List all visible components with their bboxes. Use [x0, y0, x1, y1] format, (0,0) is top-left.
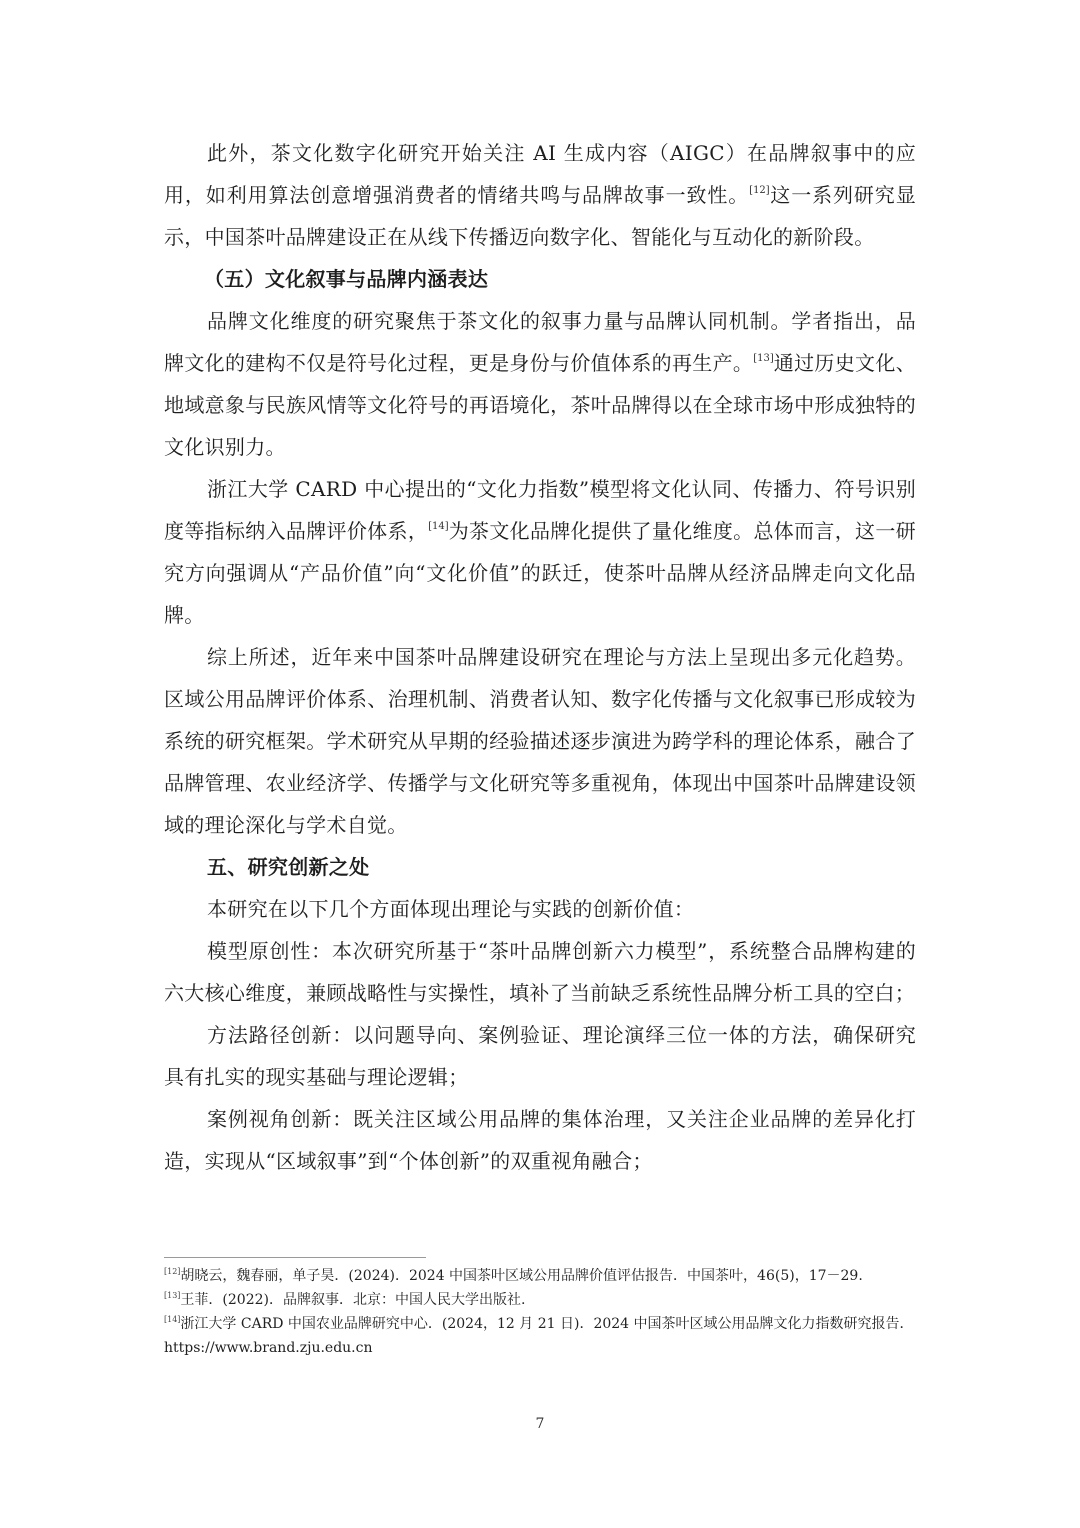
- paragraph-card-index: 浙江大学 CARD 中心提出的“文化力指数”模型将文化认同、传播力、符号识别度等…: [164, 468, 916, 636]
- subheading-cultural-narrative: （五）文化叙事与品牌内涵表达: [164, 258, 916, 300]
- footnote-14: [14]浙江大学 CARD 中国农业品牌研究中心．(2024，12 月 21 日…: [164, 1312, 916, 1360]
- paragraph-text: 案例视角创新：既关注区域公用品牌的集体治理，又关注企业品牌的差异化打造，实现从“…: [164, 1107, 916, 1173]
- page-number: 7: [0, 1416, 1080, 1432]
- heading-research-innovation: 五、研究创新之处: [164, 846, 916, 888]
- footnote-text: 王菲．(2022)．品牌叙事．北京：中国人民大学出版社.: [180, 1292, 525, 1308]
- paragraph-text: 方法路径创新：以问题导向、案例验证、理论演绎三位一体的方法，确保研究具有扎实的现…: [164, 1023, 916, 1089]
- footnote-marker: [13]: [164, 1291, 180, 1300]
- citation-14[interactable]: [14]: [428, 521, 449, 532]
- paragraph-case-perspective: 案例视角创新：既关注区域公用品牌的集体治理，又关注企业品牌的差异化打造，实现从“…: [164, 1098, 916, 1182]
- document-page: 此外，茶文化数字化研究开始关注 AI 生成内容（AIGC）在品牌叙事中的应用，如…: [0, 0, 1080, 1528]
- footnotes: [12]胡晓云，魏春丽，单子昊．(2024)．2024 中国茶叶区域公用品牌价值…: [164, 1264, 916, 1360]
- paragraph-aigc: 此外，茶文化数字化研究开始关注 AI 生成内容（AIGC）在品牌叙事中的应用，如…: [164, 132, 916, 258]
- citation-13[interactable]: [13]: [753, 353, 774, 364]
- footnote-separator: [164, 1257, 426, 1258]
- paragraph-text: 本研究在以下几个方面体现出理论与实践的创新价值：: [207, 897, 694, 921]
- paragraph-brand-culture: 品牌文化维度的研究聚焦于茶文化的叙事力量与品牌认同机制。学者指出，品牌文化的建构…: [164, 300, 916, 468]
- paragraph-summary: 综上所述，近年来中国茶叶品牌建设研究在理论与方法上呈现出多元化趋势。区域公用品牌…: [164, 636, 916, 846]
- paragraph-text: 模型原创性：本次研究所基于“茶叶品牌创新六力模型”，系统整合品牌构建的六大核心维…: [164, 939, 916, 1005]
- footnote-marker: [14]: [164, 1315, 180, 1324]
- citation-12[interactable]: [12]: [749, 185, 770, 196]
- footnote-text: 浙江大学 CARD 中国农业品牌研究中心．(2024，12 月 21 日)．20…: [164, 1316, 914, 1356]
- paragraph-innovation-intro: 本研究在以下几个方面体现出理论与实践的创新价值：: [164, 888, 916, 930]
- footnote-marker: [12]: [164, 1267, 180, 1276]
- paragraph-text: 综上所述，近年来中国茶叶品牌建设研究在理论与方法上呈现出多元化趋势。区域公用品牌…: [164, 645, 916, 837]
- footnote-13: [13]王菲．(2022)．品牌叙事．北京：中国人民大学出版社.: [164, 1288, 916, 1312]
- body-text: 此外，茶文化数字化研究开始关注 AI 生成内容（AIGC）在品牌叙事中的应用，如…: [164, 132, 916, 1182]
- footnote-text: 胡晓云，魏春丽，单子昊．(2024)．2024 中国茶叶区域公用品牌价值评估报告…: [180, 1268, 862, 1284]
- paragraph-method-innovation: 方法路径创新：以问题导向、案例验证、理论演绎三位一体的方法，确保研究具有扎实的现…: [164, 1014, 916, 1098]
- paragraph-model-originality: 模型原创性：本次研究所基于“茶叶品牌创新六力模型”，系统整合品牌构建的六大核心维…: [164, 930, 916, 1014]
- footnote-12: [12]胡晓云，魏春丽，单子昊．(2024)．2024 中国茶叶区域公用品牌价值…: [164, 1264, 916, 1288]
